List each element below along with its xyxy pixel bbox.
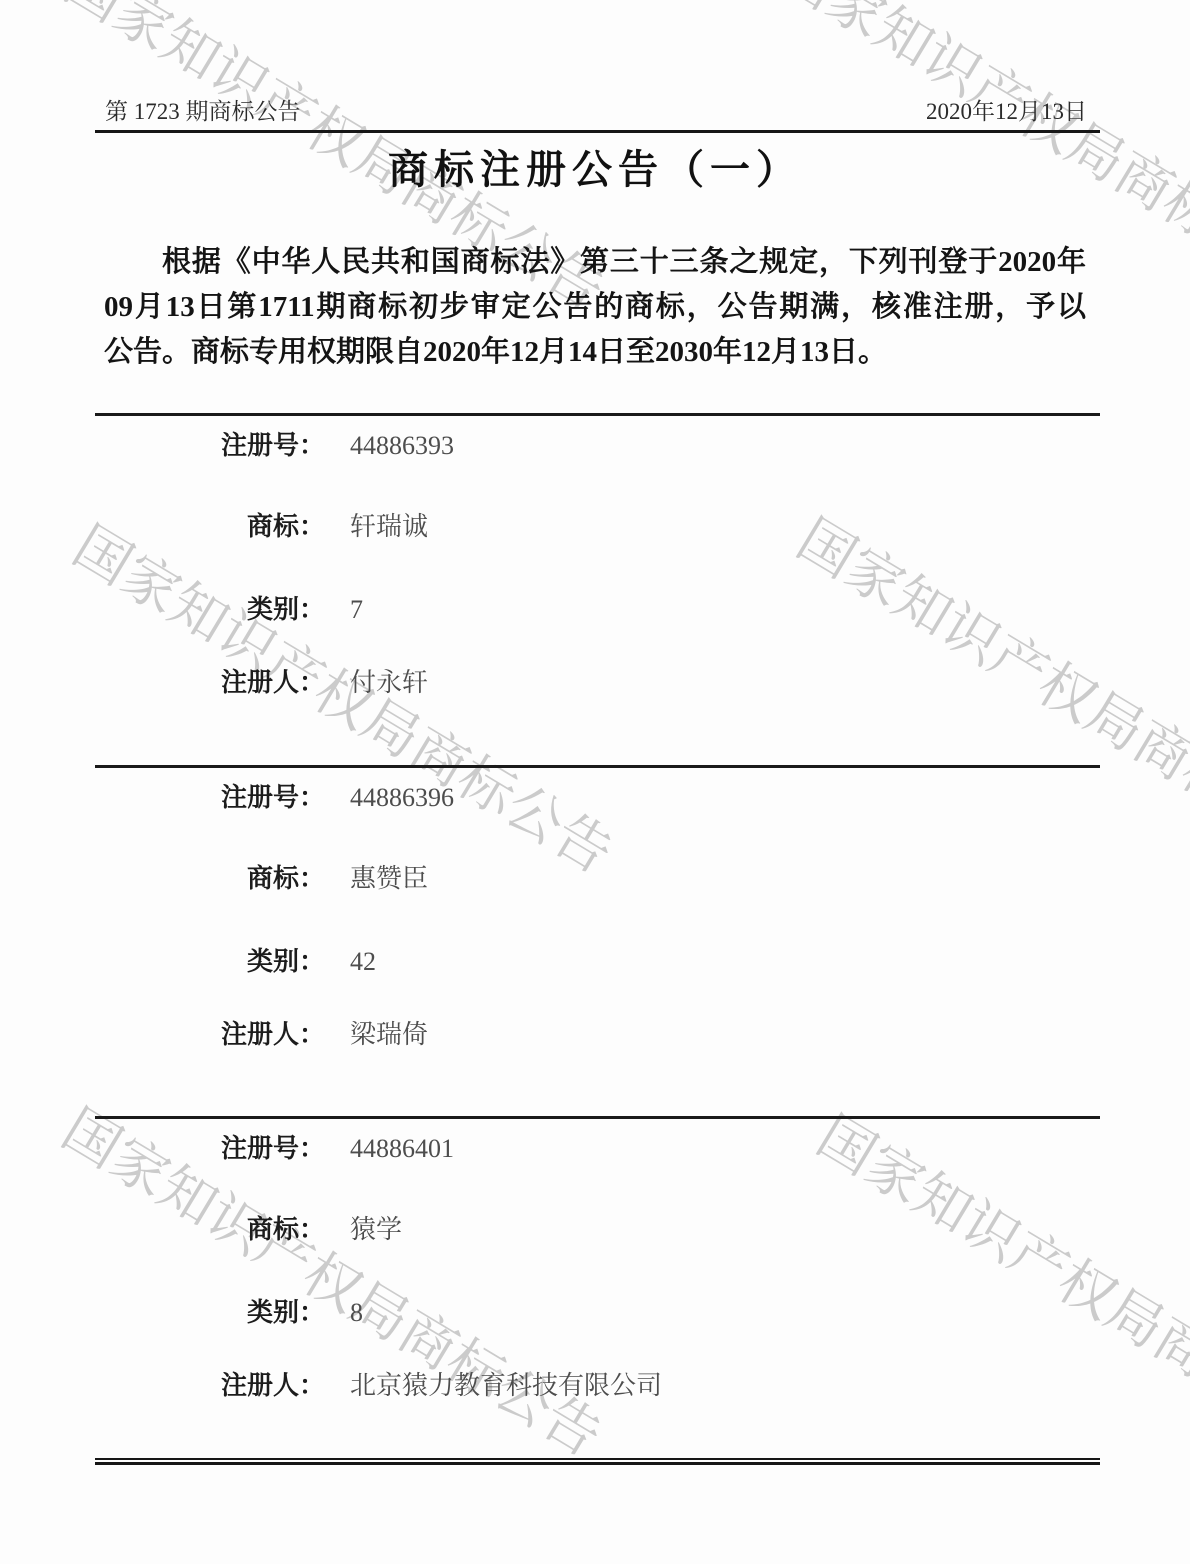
field-value: 44886393	[350, 429, 454, 463]
field-registrant: 注册人： 付永轩	[95, 666, 1100, 702]
field-label: 商标：	[95, 1213, 325, 1247]
trademark-record-2: 注册号： 44886396 商标： 惠赞臣 类别： 42 注册人： 梁瑞倚	[95, 765, 1100, 1065]
field-reg-no: 注册号： 44886396	[95, 781, 1100, 817]
trademark-record-1: 注册号： 44886393 商标： 轩瑞诚 类别： 7 注册人： 付永轩	[95, 413, 1100, 713]
intro-line-1: 根据《中华人民共和国商标法》第三十三条之规定，下列刊登于2020年	[104, 240, 1086, 285]
field-mark: 商标： 轩瑞诚	[95, 510, 1100, 546]
field-label: 商标：	[95, 510, 325, 544]
field-value: 42	[350, 945, 376, 979]
field-value: 44886396	[350, 781, 454, 815]
field-value: 44886401	[350, 1132, 454, 1166]
record-divider	[95, 765, 1100, 768]
field-reg-no: 注册号： 44886393	[95, 429, 1100, 465]
record-divider	[95, 413, 1100, 416]
record-divider	[95, 1116, 1100, 1119]
field-label: 注册人：	[95, 666, 325, 700]
field-registrant: 注册人： 北京猿力教育科技有限公司	[95, 1369, 1100, 1405]
gazette-issue-date: 2020年12月13日	[926, 93, 1087, 126]
gazette-page: 国家知识产权局商标公告 国家知识产权局商标公告 国家知识产权局商标公告 国家知识…	[0, 0, 1190, 1564]
field-label: 注册号：	[95, 1132, 325, 1166]
gazette-issue-number: 第 1723 期商标公告	[105, 93, 301, 126]
field-label: 注册号：	[95, 429, 325, 463]
field-label: 商标：	[95, 862, 325, 896]
intro-paragraph: 根据《中华人民共和国商标法》第三十三条之规定，下列刊登于2020年 09月13日…	[104, 240, 1086, 375]
field-label: 注册人：	[95, 1369, 325, 1403]
field-label: 类别：	[95, 1296, 325, 1330]
field-label: 注册人：	[95, 1018, 325, 1052]
trademark-record-3: 注册号： 44886401 商标： 猿学 类别： 8 注册人： 北京猿力教育科技…	[95, 1116, 1100, 1416]
field-label: 类别：	[95, 593, 325, 627]
header-rule	[95, 130, 1100, 133]
field-value: 惠赞臣	[350, 862, 428, 896]
bottom-double-rule	[95, 1458, 1100, 1465]
field-registrant: 注册人： 梁瑞倚	[95, 1018, 1100, 1054]
field-class: 类别： 42	[95, 945, 1100, 981]
field-reg-no: 注册号： 44886401	[95, 1132, 1100, 1168]
field-class: 类别： 8	[95, 1296, 1100, 1332]
field-value: 8	[350, 1296, 363, 1330]
field-value: 梁瑞倚	[350, 1018, 428, 1052]
field-value: 轩瑞诚	[350, 510, 428, 544]
field-label: 类别：	[95, 945, 325, 979]
field-value: 北京猿力教育科技有限公司	[350, 1369, 662, 1403]
intro-line-3: 公告。商标专用权期限自2020年12月14日至2030年12月13日。	[104, 330, 1086, 375]
intro-line-2: 09月13日第1711期商标初步审定公告的商标，公告期满，核准注册，予以	[104, 285, 1086, 330]
field-mark: 商标： 猿学	[95, 1213, 1100, 1249]
field-label: 注册号：	[95, 781, 325, 815]
page-title: 商标注册公告（一）	[0, 148, 1190, 192]
field-mark: 商标： 惠赞臣	[95, 862, 1100, 898]
field-value: 7	[350, 593, 363, 627]
field-value: 付永轩	[350, 666, 428, 700]
field-value: 猿学	[350, 1213, 402, 1247]
field-class: 类别： 7	[95, 593, 1100, 629]
